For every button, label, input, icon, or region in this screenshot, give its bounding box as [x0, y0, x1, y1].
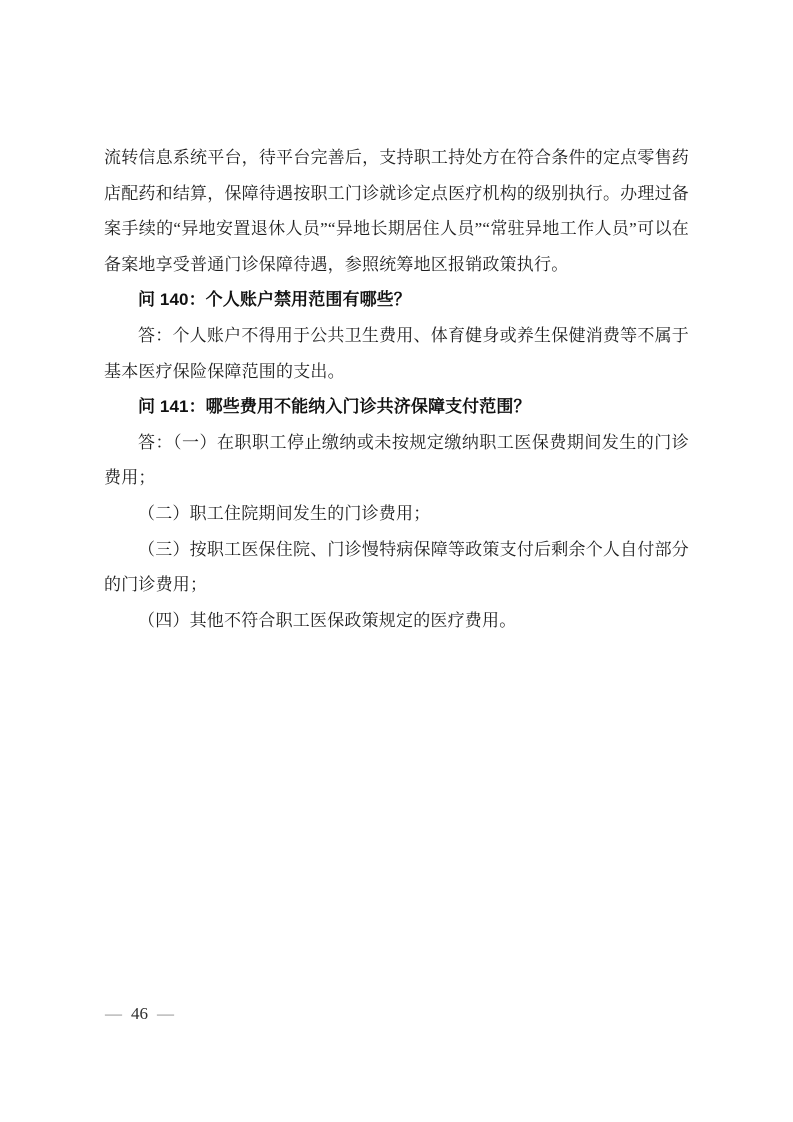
answer-141-item-3: （三）按职工医保住院、门诊慢特病保障等政策支付后剩余个人自付部分的门诊费用； [104, 532, 689, 603]
paragraph-continuation: 流转信息系统平台，待平台完善后，支持职工持处方在符合条件的定点零售药店配药和结算… [104, 140, 689, 282]
answer-140-paragraph: 答：个人账户不得用于公共卫生费用、体育健身或养生保健消费等不属于基本医疗保险保障… [104, 318, 689, 389]
answer-141-item-1: 答：（一）在职职工停止缴纳或未按规定缴纳职工医保费期间发生的门诊费用； [104, 425, 689, 496]
page-number-value: 46 [131, 1004, 148, 1023]
answer-141-item-4: （四）其他不符合职工医保政策规定的医疗费用。 [104, 603, 689, 639]
page-text-block: 流转信息系统平台，待平台完善后，支持职工持处方在符合条件的定点零售药店配药和结算… [104, 140, 689, 638]
document-page: 流转信息系统平台，待平台完善后，支持职工持处方在符合条件的定点零售药店配药和结算… [0, 0, 793, 1122]
page-number-right-dash: — [157, 1004, 174, 1023]
question-140-heading: 问 140：个人账户禁用范围有哪些？ [104, 282, 689, 318]
page-number-left-dash: — [105, 1004, 122, 1023]
page-number: —46— [105, 1001, 174, 1027]
answer-141-item-2: （二）职工住院期间发生的门诊费用； [104, 496, 689, 532]
question-141-heading: 问 141：哪些费用不能纳入门诊共济保障支付范围？ [104, 389, 689, 425]
